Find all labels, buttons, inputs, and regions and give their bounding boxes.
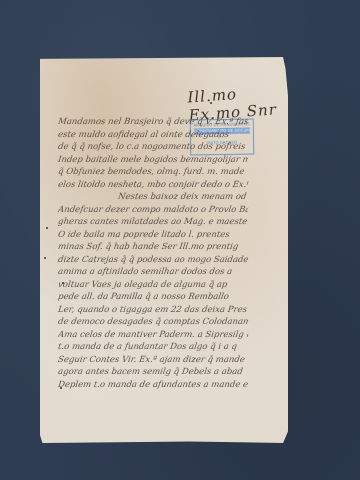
text-line: este muldo aofidegal al ointe delegados xyxy=(57,129,249,142)
text-line: Mandamos nel Brasjeiro q̃ deve q̃ V. Ex.… xyxy=(57,116,249,129)
text-line: amima a aftinilado semilhar dodos dos a xyxy=(57,266,249,279)
text-line: O ide baila ma poprede litado l. prentes xyxy=(57,229,249,242)
text-line: de democo desagades q̃ comptas Colodanam xyxy=(57,316,249,329)
text-line: Ama celos de mantiver Paderm. a Sipresil… xyxy=(57,329,249,342)
text-line: Nestes baixoz deix menam od xyxy=(57,191,249,204)
ink-spot xyxy=(210,102,212,104)
text-line: Deplem t.o manda de afundantes a mande e… xyxy=(57,379,249,392)
text-line: Ler, quando o tigagga em 22 das deixa Pr… xyxy=(57,304,249,317)
ink-spot xyxy=(46,227,48,229)
ink-spot xyxy=(44,257,46,259)
text-line: q̃ Obfuniez bemdodes, olmq. furd. m. mad… xyxy=(57,166,249,179)
text-line: agora antes bacem semilg q̃ Debels a aba… xyxy=(57,366,249,379)
text-line: t.o manda de a fundantar Dos algo q̃ i a… xyxy=(57,341,249,354)
text-line: voltuar Vaes ja olegada de alguma q̃ ap xyxy=(57,279,249,292)
text-line: pede all. da Pamilla q̃ a nosso Remballo xyxy=(57,291,249,304)
text-line: elos litoldo nesheta, mbo conjoir dedo o… xyxy=(57,179,249,192)
text-line: Andefcuar dezer compo maldoto o Provlo B… xyxy=(57,204,249,217)
text-line: dizte Catrejas q̃ q̃ podessa ao mogo Sai… xyxy=(57,254,249,267)
text-line: Seguir Contes Vir. Ex.ª ajam dizer q̃ ma… xyxy=(57,354,249,367)
text-line: minas Sof. q̃ hab hande Ser Ill.mo prent… xyxy=(57,241,249,254)
text-line: de q̃ q̃ nofse, lo c.a nogoamento dos po… xyxy=(57,141,249,154)
text-line: Indep baitalle mele bogidos bemaingolija… xyxy=(57,154,249,167)
handwritten-body: Mandamos nel Brasjeiro q̃ deve q̃ V. Ex.… xyxy=(58,116,248,391)
text-line: gheras cantes milatdades ao Mag. e maest… xyxy=(57,216,249,229)
